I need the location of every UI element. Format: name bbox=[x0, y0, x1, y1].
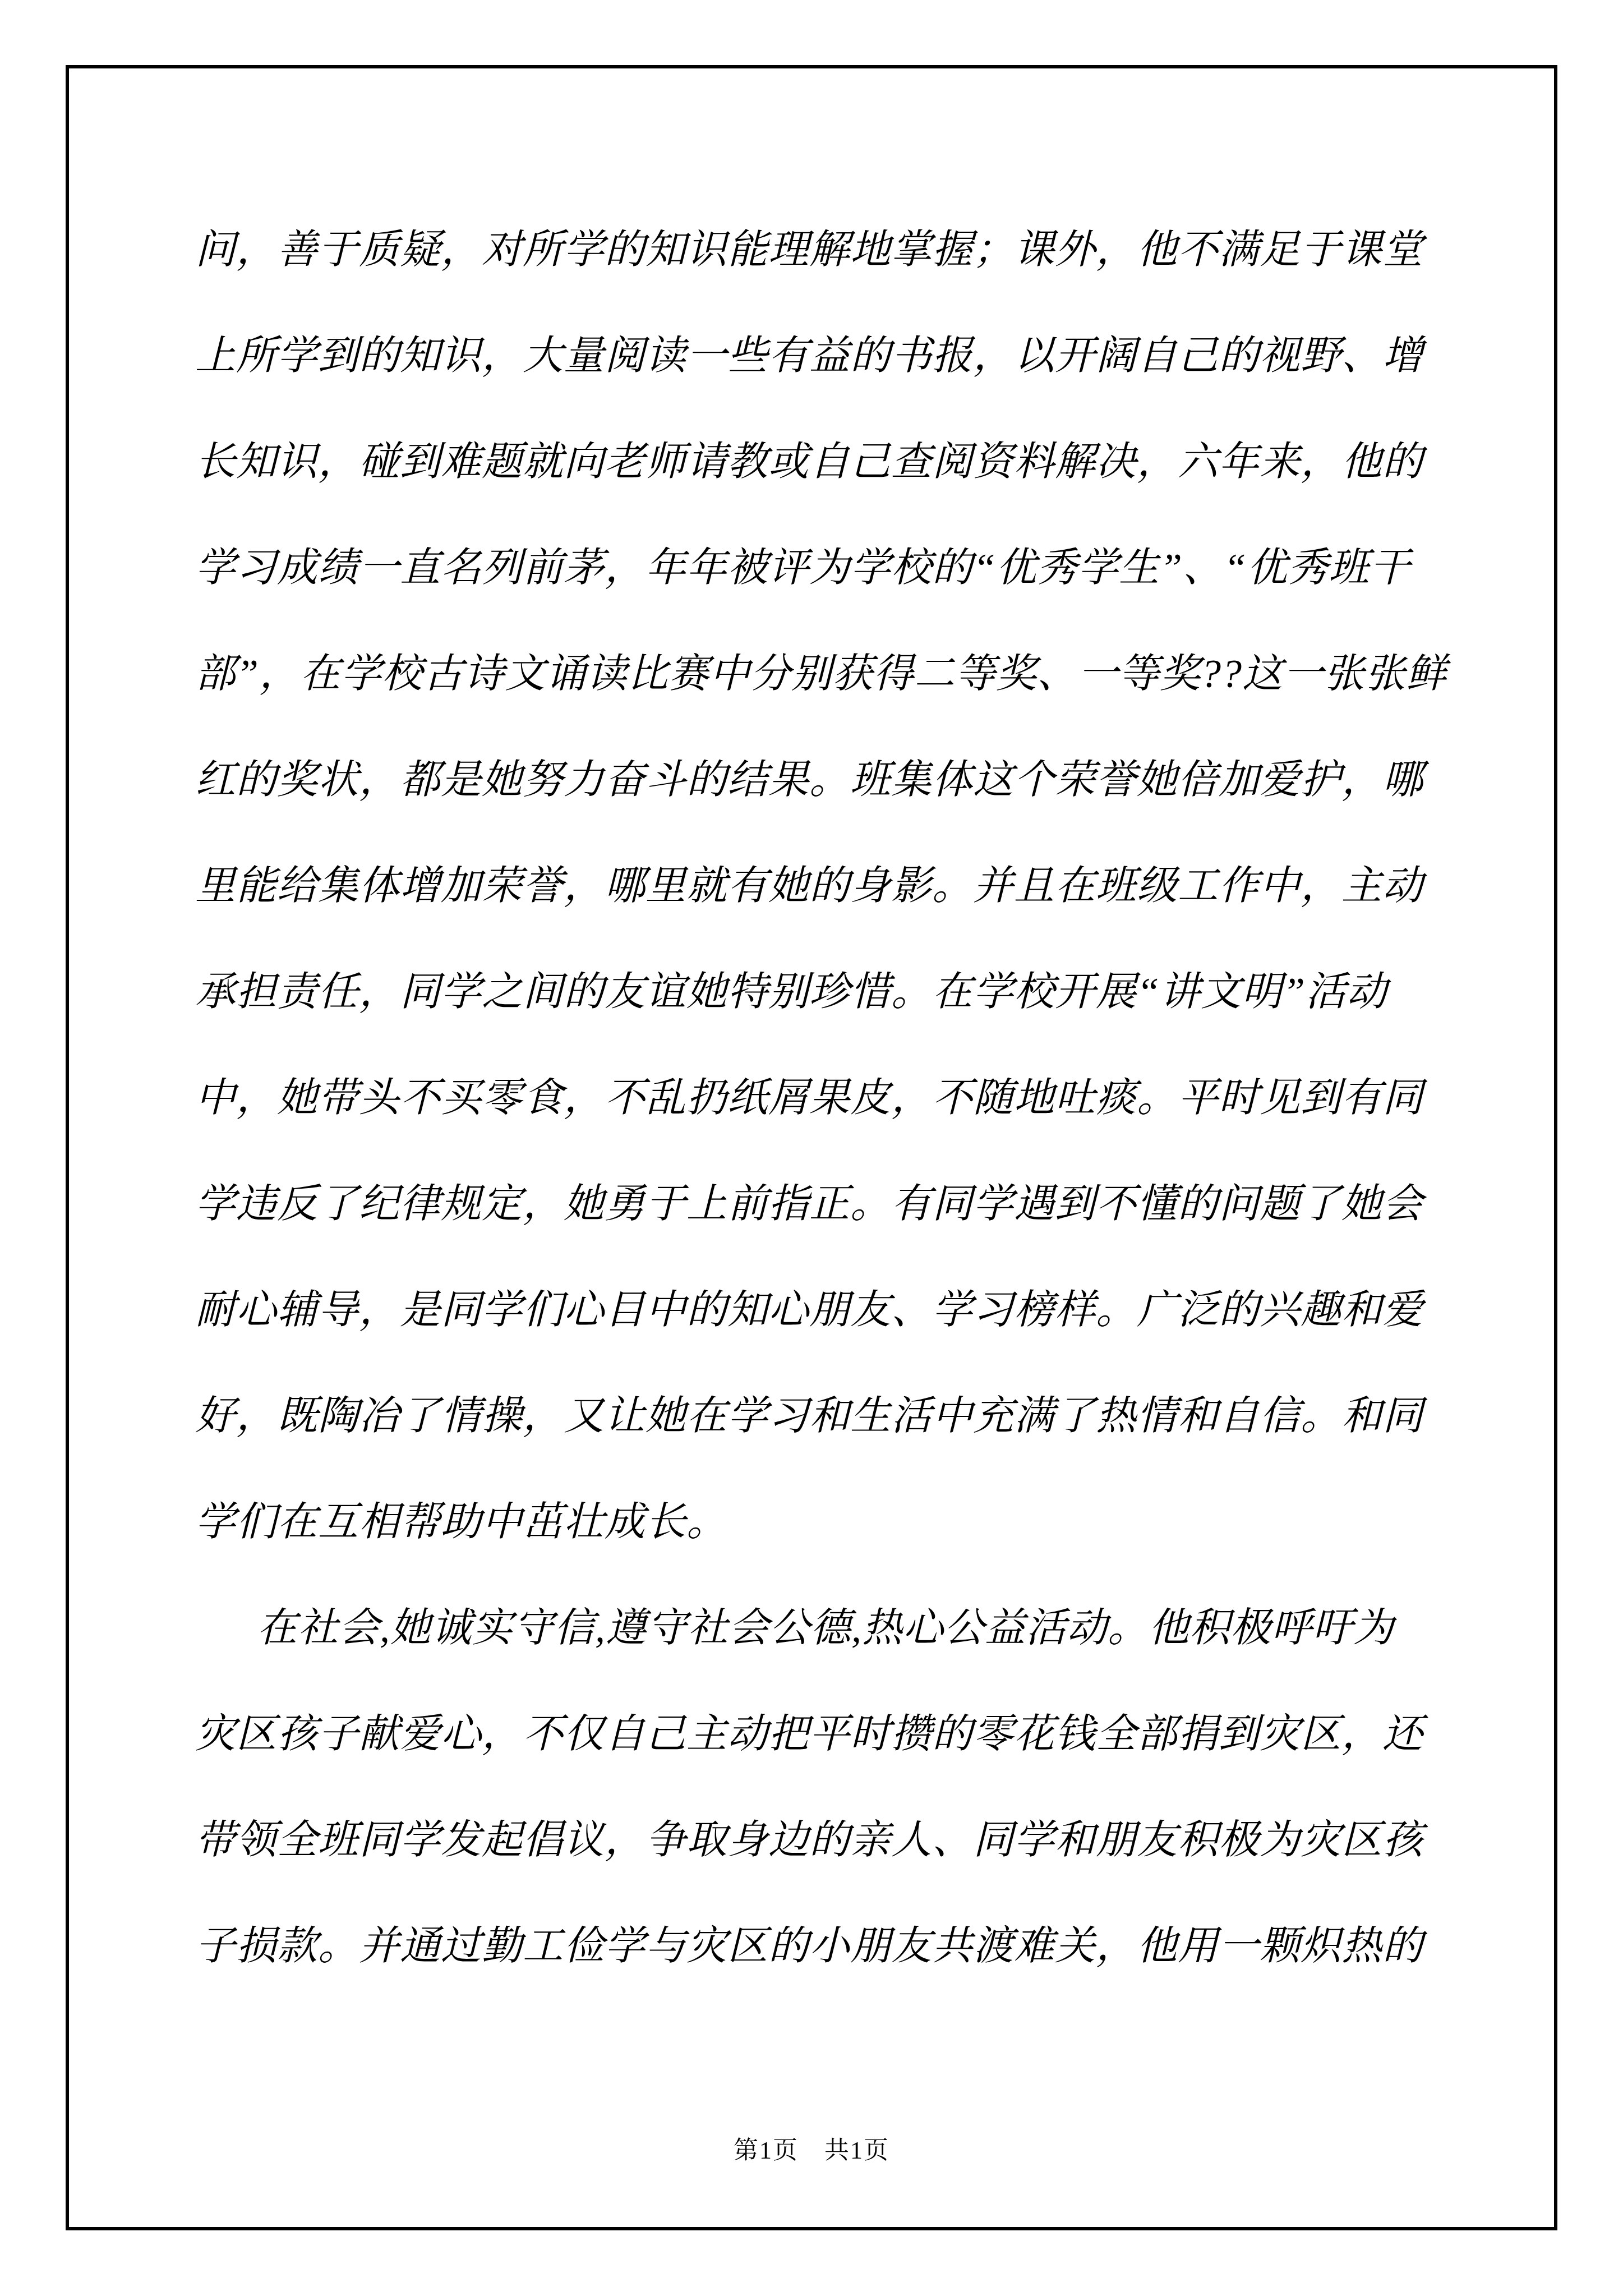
body-line: 长知识，碰到难题就向老师请教或自己查阅资料解决，六年来，他的 bbox=[195, 409, 1435, 515]
body-line: 好，既陶冶了情操，又让她在学习和生活中充满了热情和自信。和同 bbox=[195, 1363, 1435, 1469]
body-line: 灾区孩子献爱心，不仅自己主动把平时攒的零花钱全部捐到灾区，还 bbox=[195, 1681, 1435, 1787]
document-body: 问，善于质疑，对所学的知识能理解地掌握；课外，他不满足于课堂 上所学到的知识，大… bbox=[195, 197, 1435, 1999]
body-line: 承担责任，同学之间的友谊她特别珍惜。在学校开展“讲文明”活动 bbox=[195, 939, 1435, 1045]
body-line: 红的奖状，都是她努力奋斗的结果。班集体这个荣誉她倍加爱护，哪 bbox=[195, 727, 1435, 833]
body-line: 学习成绩一直名列前茅，年年被评为学校的“优秀学生”、“优秀班干 bbox=[195, 515, 1435, 621]
body-line: 中，她带头不买零食，不乱扔纸屑果皮，不随地吐痰。平时见到有同 bbox=[195, 1045, 1435, 1151]
body-line: 部”，在学校古诗文诵读比赛中分别获得二等奖、一等奖??这一张张鲜 bbox=[195, 621, 1435, 727]
body-line: 学违反了纪律规定，她勇于上前指正。有同学遇到不懂的问题了她会 bbox=[195, 1151, 1435, 1257]
body-line: 耐心辅导，是同学们心目中的知心朋友、学习榜样。广泛的兴趣和爱 bbox=[195, 1257, 1435, 1363]
body-line: 上所学到的知识，大量阅读一些有益的书报，以开阔自己的视野、增 bbox=[195, 303, 1435, 409]
body-line-paragraph-start: 在社会,她诚实守信,遵守社会公德,热心公益活动。他积极呼吁为 bbox=[195, 1575, 1435, 1681]
body-line: 里能给集体增加荣誉，哪里就有她的身影。并且在班级工作中，主动 bbox=[195, 833, 1435, 939]
body-line: 带领全班同学发起倡议，争取身边的亲人、同学和朋友积极为灾区孩 bbox=[195, 1787, 1435, 1893]
page-number-footer: 第1页 共1页 bbox=[0, 2130, 1623, 2166]
body-line: 子损款。并通过勤工俭学与灾区的小朋友共渡难关，他用一颗炽热的 bbox=[195, 1893, 1435, 1999]
body-line: 问，善于质疑，对所学的知识能理解地掌握；课外，他不满足于课堂 bbox=[195, 197, 1435, 303]
body-line: 学们在互相帮助中茁壮成长。 bbox=[195, 1469, 1435, 1575]
document-page: 问，善于质疑，对所学的知识能理解地掌握；课外，他不满足于课堂 上所学到的知识，大… bbox=[0, 0, 1623, 2296]
